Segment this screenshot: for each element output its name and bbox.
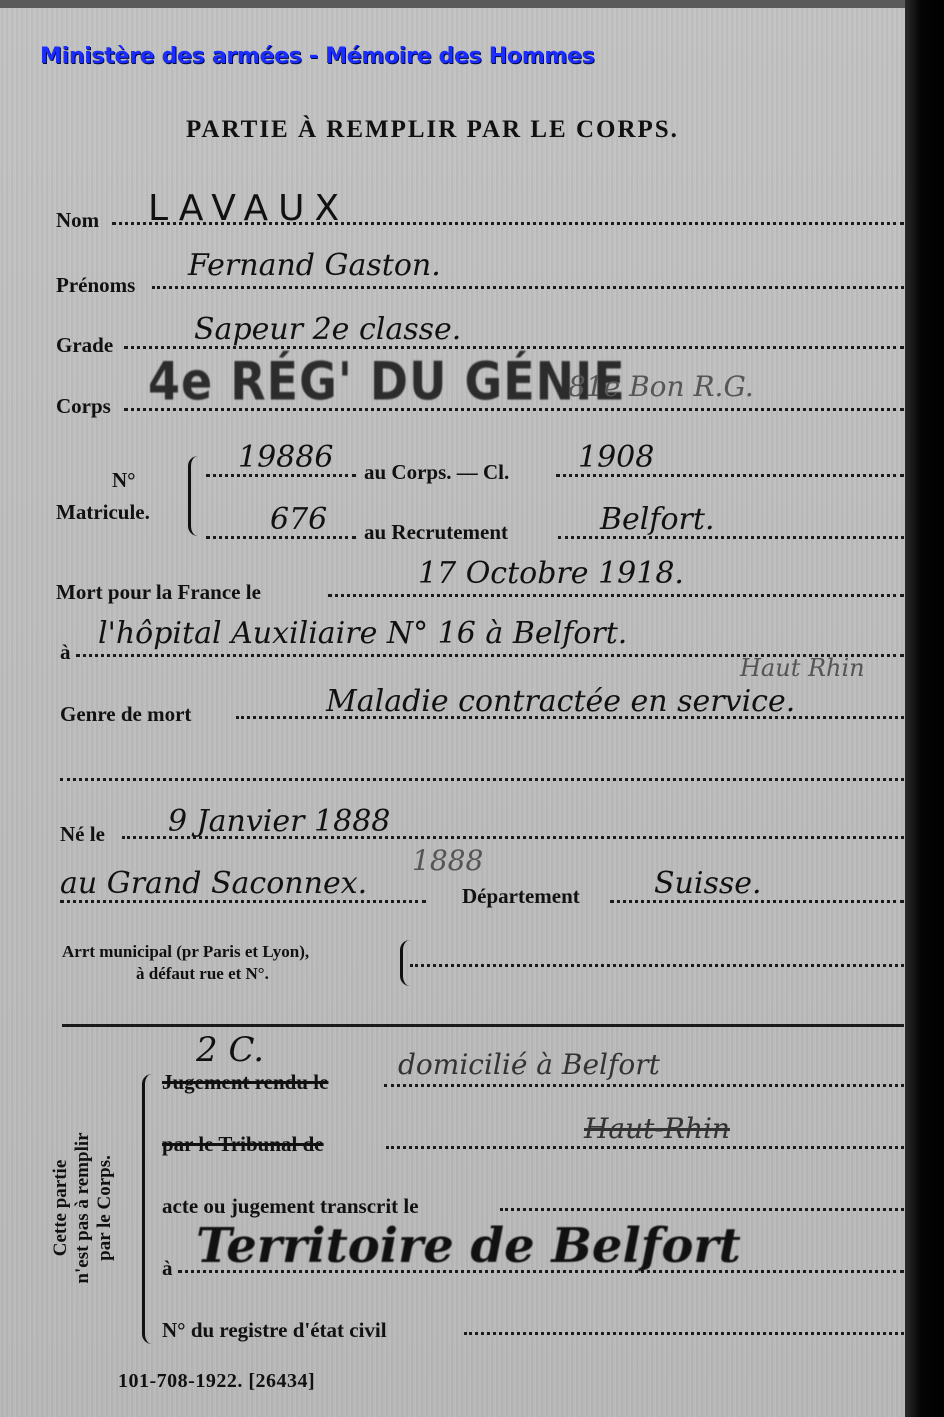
mort-line — [328, 594, 904, 597]
au-recrutement-label: au Recrutement — [364, 520, 508, 545]
registre-label: N° du registre d'état civil — [162, 1318, 387, 1343]
scan-edge — [905, 0, 944, 1417]
nom-value: LAVAUX — [148, 188, 349, 229]
corps-label: Corps — [56, 394, 111, 419]
mort-value: 17 Octobre 1918. — [418, 556, 684, 591]
nom-label: Nom — [56, 208, 99, 233]
matricule-recrutement-number: 676 — [270, 502, 327, 537]
tribunal-line — [386, 1146, 904, 1149]
lieu-mort-label: à — [60, 640, 71, 665]
lieu-mort-annotation: Haut Rhin — [740, 654, 865, 682]
form-title: PARTIE À REMPLIR PAR LE CORPS. — [186, 116, 679, 144]
genre-mort-label: Genre de mort — [60, 702, 191, 727]
tribunal-label: par le Tribunal de — [162, 1132, 324, 1157]
prenoms-line — [152, 286, 904, 289]
departement-value: Suisse. — [654, 866, 762, 901]
print-reference: 101-708-1922. [26434] — [118, 1370, 315, 1393]
a-value: Territoire de Belfort — [196, 1218, 741, 1274]
classe-value: 1908 — [578, 440, 654, 475]
blank-line — [60, 778, 904, 781]
matricule-label-no: N° — [112, 468, 136, 493]
acte-line — [500, 1208, 904, 1211]
grade-value: Sapeur 2e classe. — [194, 312, 461, 347]
matricule-corps-number: 19886 — [238, 440, 333, 475]
ne-le-correction: 1888 — [412, 844, 483, 877]
ne-le-label: Né le — [60, 822, 105, 847]
arrondissement-brace — [400, 940, 411, 986]
death-record-card: Ministère des armées - Mémoire des Homme… — [0, 0, 905, 1417]
arrondissement-label-line2: à défaut rue et N°. — [136, 964, 269, 984]
lieu-naissance-value: au Grand Saconnex. — [60, 866, 367, 901]
jugement-label: Jugement rendu le — [162, 1070, 328, 1095]
watermark: Ministère des armées - Mémoire des Homme… — [40, 44, 594, 69]
acte-label: acte ou jugement transcrit le — [162, 1194, 419, 1219]
lieu-mort-value: l'hôpital Auxiliaire N° 16 à Belfort. — [98, 616, 627, 651]
tribunal-value: Haut-Rhin — [584, 1112, 730, 1145]
a-label: à — [162, 1256, 173, 1281]
grade-label: Grade — [56, 333, 113, 358]
matricule-brace — [188, 456, 201, 536]
arrondissement-label-line1: Arrt municipal (pr Paris et Lyon), — [62, 942, 309, 962]
prenoms-label: Prénoms — [56, 273, 135, 298]
jugement-line — [384, 1084, 904, 1087]
jugement-value: domicilié à Belfort — [398, 1048, 660, 1081]
arrondissement-line — [410, 964, 904, 967]
section-divider — [62, 1024, 904, 1027]
corps-value: 81e Bon R.G. — [568, 370, 754, 403]
lower-section-brace — [142, 1074, 155, 1344]
matricule-label: Matricule. — [56, 500, 150, 525]
genre-mort-value: Maladie contractée en service. — [326, 684, 795, 719]
corps-stamp: 4e RÉG' DU GÉNIE — [148, 350, 626, 412]
side-note: Cette partie n'est pas à remplir par le … — [50, 1108, 116, 1308]
recrutement-value: Belfort. — [600, 502, 715, 537]
departement-label: Département — [462, 884, 580, 909]
mort-label: Mort pour la France le — [56, 580, 261, 605]
lower-annotation: 2 C. — [196, 1030, 264, 1070]
prenoms-value: Fernand Gaston. — [188, 248, 441, 283]
ne-le-value: 9 Janvier 1888 — [168, 804, 390, 839]
registre-line — [464, 1332, 904, 1335]
au-corps-label: au Corps. — Cl. — [364, 460, 509, 485]
